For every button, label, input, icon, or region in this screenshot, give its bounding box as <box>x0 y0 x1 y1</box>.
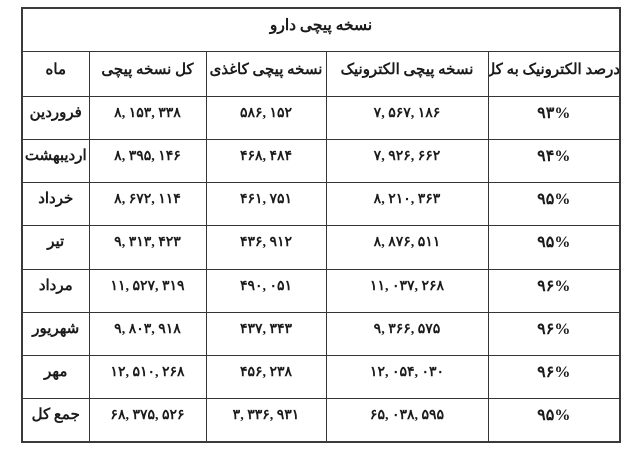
total-cell: ۱۲, ۵۱۰, ۲۶۸ <box>89 356 206 399</box>
total-cell: ۶۸, ۳۷۵, ۵۲۶ <box>89 399 206 442</box>
paper-cell: ۴۵۶, ۲۳۸ <box>206 356 326 399</box>
month-cell: جمع کل <box>22 399 89 442</box>
electronic-cell: ۱۱, ۰۳۷, ۲۶۸ <box>326 269 488 312</box>
table-row: مهر ۱۲, ۵۱۰, ۲۶۸ ۴۵۶, ۲۳۸ ۱۲, ۰۵۴, ۰۳۰ ۹… <box>22 356 620 399</box>
electronic-cell: ۱۲, ۰۵۴, ۰۳۰ <box>326 356 488 399</box>
month-cell: اردیبهشت <box>22 139 89 182</box>
col-header-paper: نسخه پیچی کاغذی <box>206 51 326 96</box>
total-cell: ۸, ۱۵۳, ۳۳۸ <box>89 96 206 139</box>
paper-cell: ۴۳۷, ۳۴۳ <box>206 312 326 355</box>
table-row: تیر ۹, ۳۱۳, ۴۲۳ ۴۳۶, ۹۱۲ ۸, ۸۷۶, ۵۱۱ ۹۵% <box>22 226 620 269</box>
table-row: اردیبهشت ۸, ۳۹۵, ۱۴۶ ۴۶۸, ۴۸۴ ۷, ۹۲۶, ۶۶… <box>22 139 620 182</box>
percent-cell: ۹۵% <box>488 226 620 269</box>
table-row-grand-total: جمع کل ۶۸, ۳۷۵, ۵۲۶ ۳, ۳۳۶, ۹۳۱ ۶۵, ۰۳۸,… <box>22 399 620 442</box>
percent-cell: ۹۳% <box>488 96 620 139</box>
col-header-electronic: نسخه پیچی الکترونیک <box>326 51 488 96</box>
electronic-cell: ۹, ۳۶۶, ۵۷۵ <box>326 312 488 355</box>
page: نسخه پیچی دارو ماه کل نسخه پیچی نسخه پیچ… <box>0 0 640 457</box>
total-cell: ۹, ۳۱۳, ۴۲۳ <box>89 226 206 269</box>
electronic-cell: ۷, ۹۲۶, ۶۶۲ <box>326 139 488 182</box>
paper-cell: ۳, ۳۳۶, ۹۳۱ <box>206 399 326 442</box>
table-row: شهریور ۹, ۸۰۳, ۹۱۸ ۴۳۷, ۳۴۳ ۹, ۳۶۶, ۵۷۵ … <box>22 312 620 355</box>
percent-cell: ۹۶% <box>488 312 620 355</box>
percent-cell: ۹۶% <box>488 269 620 312</box>
total-cell: ۸, ۳۹۵, ۱۴۶ <box>89 139 206 182</box>
paper-cell: ۴۶۸, ۴۸۴ <box>206 139 326 182</box>
percent-cell: ۹۴% <box>488 139 620 182</box>
table-title: نسخه پیچی دارو <box>22 8 620 51</box>
percent-cell: ۹۵% <box>488 183 620 226</box>
month-cell: خرداد <box>22 183 89 226</box>
electronic-cell: ۷, ۵۶۷, ۱۸۶ <box>326 96 488 139</box>
prescription-table: نسخه پیچی دارو ماه کل نسخه پیچی نسخه پیچ… <box>21 7 621 443</box>
paper-cell: ۵۸۶, ۱۵۲ <box>206 96 326 139</box>
percent-cell: ۹۶% <box>488 356 620 399</box>
table-row: فروردین ۸, ۱۵۳, ۳۳۸ ۵۸۶, ۱۵۲ ۷, ۵۶۷, ۱۸۶… <box>22 96 620 139</box>
total-cell: ۸, ۶۷۲, ۱۱۴ <box>89 183 206 226</box>
table-row: مرداد ۱۱, ۵۲۷, ۳۱۹ ۴۹۰, ۰۵۱ ۱۱, ۰۳۷, ۲۶۸… <box>22 269 620 312</box>
table-header-row: ماه کل نسخه پیچی نسخه پیچی کاغذی نسخه پی… <box>22 51 620 96</box>
col-header-month: ماه <box>22 51 89 96</box>
paper-cell: ۴۳۶, ۹۱۲ <box>206 226 326 269</box>
table-title-row: نسخه پیچی دارو <box>22 8 620 51</box>
month-cell: شهریور <box>22 312 89 355</box>
electronic-cell: ۸, ۲۱۰, ۳۶۳ <box>326 183 488 226</box>
percent-cell: ۹۵% <box>488 399 620 442</box>
month-cell: مهر <box>22 356 89 399</box>
col-header-percent: درصد الکترونیک به کل <box>488 51 620 96</box>
month-cell: تیر <box>22 226 89 269</box>
total-cell: ۹, ۸۰۳, ۹۱۸ <box>89 312 206 355</box>
month-cell: مرداد <box>22 269 89 312</box>
col-header-total: کل نسخه پیچی <box>89 51 206 96</box>
paper-cell: ۴۶۱, ۷۵۱ <box>206 183 326 226</box>
total-cell: ۱۱, ۵۲۷, ۳۱۹ <box>89 269 206 312</box>
table-row: خرداد ۸, ۶۷۲, ۱۱۴ ۴۶۱, ۷۵۱ ۸, ۲۱۰, ۳۶۳ ۹… <box>22 183 620 226</box>
paper-cell: ۴۹۰, ۰۵۱ <box>206 269 326 312</box>
month-cell: فروردین <box>22 96 89 139</box>
electronic-cell: ۸, ۸۷۶, ۵۱۱ <box>326 226 488 269</box>
electronic-cell: ۶۵, ۰۳۸, ۵۹۵ <box>326 399 488 442</box>
